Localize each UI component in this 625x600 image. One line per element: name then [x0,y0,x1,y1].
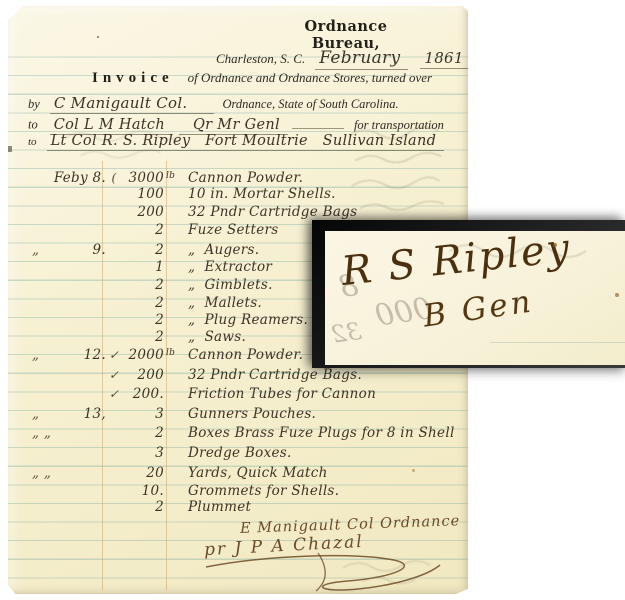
entry-quantity: 20 [122,465,164,481]
margin-ditto: „ [32,242,48,258]
entry-description: „ Augers. [180,242,259,258]
ledger-row: 2Plummet [32,499,462,515]
entry-description: „ Extractor [180,259,272,275]
to1-printed: for transportation [354,118,444,132]
ledger-row: ✓20032 Pndr Cartridge Bags. [32,367,462,383]
entry-quantity: 2 [122,329,164,345]
ledger-row: ✓200.Friction Tubes for Cannon [32,386,462,402]
ledger-row: Feby 8.(3000lbCannon Powder. [32,170,462,186]
date-handwritten: February [315,48,408,70]
entry-quantity: 1 [122,259,164,275]
by-handwritten: C Manigault Col. [50,94,214,114]
entry-quantity: 200. [122,386,164,402]
entry-description: Boxes Brass Fuze Plugs for 8 in Shell [180,425,455,441]
entry-checkmark: ( [106,171,122,185]
place-date-line: Charleston, S. C. February 1861 [216,48,472,68]
entry-checkmark: ✓ [106,348,122,362]
inset-ruled-line [490,342,625,343]
entry-description: Dredge Boxes. [180,445,292,461]
ledger-row: 10.Grommets for Shells. [32,483,462,499]
entry-checkmark: ✓ [106,368,122,382]
to-recipient-line: to Lt Col R. S. Ripley Fort Moultrie Sul… [28,132,444,150]
ledger-row: „13,3Gunners Pouches. [32,406,462,422]
entry-checkmark: ✓ [106,387,122,401]
entry-quantity: 2 [122,277,164,293]
ledger-row: 20032 Pndr Cartridge Bags [32,204,462,220]
entry-quantity: 2000 [122,347,164,363]
entry-description: Plummet [180,499,251,515]
invoice-title-line: Invoice of Ordnance and Ordnance Stores,… [92,69,432,87]
entry-quantity: 2 [122,499,164,515]
invoice-printed: of Ordnance and Ordnance Stores, turned … [188,70,432,85]
entry-description: Gunners Pouches. [180,406,316,422]
signature-flourish [198,551,448,596]
foxing-dot [553,243,557,247]
form-blank-line [292,114,344,129]
entry-quantity: 2 [122,242,164,258]
ledger-row: 3Dredge Boxes. [32,445,462,461]
margin-ditto: „ [32,406,48,422]
entry-description: 32 Pndr Cartridge Bags. [180,367,362,383]
entry-description: Yards, Quick Match [180,465,328,481]
entry-description: Cannon Powder. [180,170,303,186]
entry-description: „ Plug Reamers. [180,312,308,328]
entry-description: Friction Tubes for Cannon [180,386,376,402]
to2-handwritten: Lt Col R. S. Ripley Fort Moultrie Sulliv… [47,133,445,151]
entry-quantity: 10. [122,483,164,499]
ripley-flourish: B Gen [421,283,536,334]
entry-quantity: 3 [122,406,164,422]
foxing-dot [615,293,619,297]
margin-ditto: „ „ [32,465,48,481]
entry-unit: lb [164,348,180,358]
ripley-signature: R S Ripley [339,231,573,295]
entry-date: 9. [48,242,106,258]
ledger-row: 10010 in. Mortar Shells. [32,186,462,202]
by-line: by C Manigault Col. Ordnance, State of S… [28,94,399,113]
entry-quantity: 3 [122,445,164,461]
entry-description: Cannon Powder. [180,347,303,363]
scanned-document: Ordnance Bureau, Charleston, S. C. Febru… [0,0,625,600]
to-transport-line: to Col L M Hatch Qr Mr Genl for transpor… [28,114,444,134]
entry-quantity: 200 [122,204,164,220]
entry-quantity: 3000 [122,170,164,186]
entry-description: Fuze Setters [180,222,279,238]
place-printed: Charleston, S. C. [216,51,305,66]
to-label: to [28,118,38,132]
entry-date: 13, [48,406,106,422]
entry-quantity: 200 [122,367,164,383]
ledger-row: „ „2Boxes Brass Fuze Plugs for 8 in Shel… [32,425,462,441]
entry-description: „ Gimblets. [180,277,273,293]
paper-speck [8,146,12,152]
margin-ditto: „ [32,347,48,363]
inset-photo: 8 000 32 R S Ripley B Gen [325,231,625,365]
by-label: by [28,97,40,111]
entry-quantity: 2 [122,312,164,328]
entry-quantity: 2 [122,295,164,311]
entry-quantity: 2 [122,222,164,238]
by-printed: Ordnance, State of South Carolina. [223,97,399,111]
entry-date: Feby 8. [48,170,106,186]
entry-quantity: 2 [122,425,164,441]
entry-description: „ Mallets. [180,295,262,311]
invoice-word: Invoice [92,70,174,86]
entry-description: 10 in. Mortar Shells. [180,186,336,202]
entry-description: „ Saws. [180,329,246,345]
entry-unit: lb [164,171,180,181]
entry-description: 32 Pndr Cartridge Bags [180,204,357,220]
entry-date: 12. [48,347,106,363]
entry-description: Grommets for Shells. [180,483,339,499]
signature-inset: 8 000 32 R S Ripley B Gen [312,220,625,368]
ledger-row: „ „20Yards, Quick Match [32,465,462,481]
paper-speck [97,36,99,38]
bleedthrough-digit: 32 [329,317,363,349]
to-label: to [28,136,37,148]
bureau-title: Ordnance Bureau, [276,18,416,52]
entry-quantity: 100 [122,186,164,202]
year-handwritten: 1861 [420,49,471,69]
margin-ditto: „ „ [32,425,48,441]
